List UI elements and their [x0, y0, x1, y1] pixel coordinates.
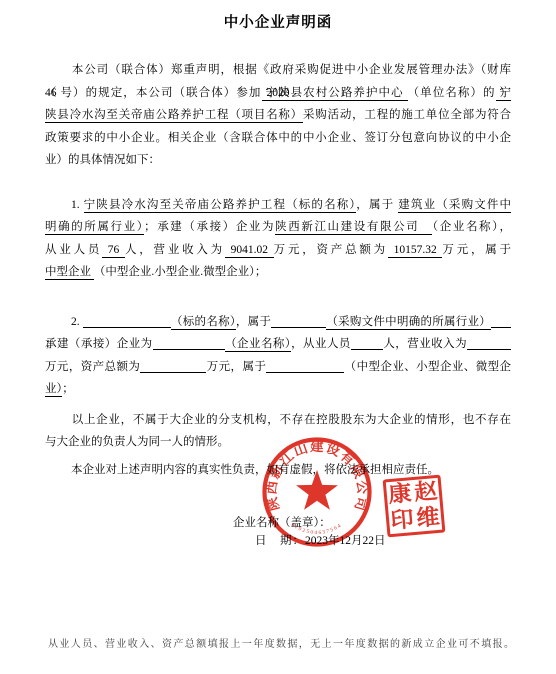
doc-line: 业）的具体情况如下： — [45, 149, 511, 172]
text-segment: （企业名称） — [225, 338, 291, 352]
text-segment: 中型企业 — [45, 266, 94, 280]
text-segment: 万元，属于 — [442, 244, 511, 256]
doc-line: 陕县冷水沟至关帝庙公路养护工程（项目名称）采购活动，工程的施工单位全部为符合 — [45, 104, 511, 127]
blank-field — [491, 315, 511, 328]
doc-line: 以上企业，不属于大企业的分支机构，不存在控股股东为大企业的情形，也不存在 — [45, 409, 511, 432]
text-segment: 46 号）的规定，本公司（联合体）参加 — [45, 87, 262, 99]
blank-field — [271, 315, 326, 328]
seal-char: 康 — [387, 482, 412, 506]
text-segment: 宁陕县农村公路养护中心 — [262, 87, 408, 101]
text-segment: 建筑业（采购文件中 — [398, 199, 511, 213]
text-segment: 陕西新江山建设有限公司 — [275, 221, 432, 235]
paragraph: 2. （标的名称），属于（采购文件中明确的所属行业）；承建（承接）企业为（企业名… — [45, 311, 511, 401]
seal-char: 印 — [390, 508, 415, 532]
document-body: 本公司（联合体）郑重声明，根据《政府采购促进中小企业发展管理办法》（财库（202… — [45, 59, 511, 481]
text-segment: ，属于 — [356, 199, 398, 211]
text-segment: 明确的所属行业） — [45, 221, 144, 235]
text-segment: 政策要求的中小企业。相关企业（含联合体中的中小企业、签订分包意向协议的中小企 — [45, 132, 511, 144]
blank-field — [140, 360, 206, 373]
seal-serial-number: 6102504637564 — [290, 522, 343, 536]
name-seal-stamp: 康 赵 印 维 — [383, 475, 446, 538]
blank-field — [467, 337, 511, 350]
text-segment: 业） — [45, 383, 62, 397]
doc-line: 业）； — [45, 378, 511, 401]
doc-line: 明确的所属行业）；承建（承接）企业为陕西新江山建设有限公司 （企业名称）， — [45, 216, 511, 239]
text-segment: 1. — [71, 199, 84, 211]
text-segment: 采购活动，工程的施工单位全部为符合 — [303, 109, 511, 121]
text-segment: 宁陕县冷水沟至关帝庙公路养护工程（标的名称） — [84, 199, 357, 213]
text-segment: 9041.02 — [225, 244, 274, 258]
text-segment: 人，营业收入为 — [383, 338, 467, 350]
text-segment: 从业人员 — [45, 244, 102, 256]
blank-field — [266, 360, 344, 373]
text-segment: 以上企业，不属于大企业的分支机构，不存在控股股东为大企业的情形，也不存在 — [71, 414, 511, 426]
text-segment: 10157.32 — [388, 244, 442, 258]
doc-line: 1. 宁陕县冷水沟至关帝庙公路养护工程（标的名称），属于 建筑业（采购文件中 — [45, 194, 511, 217]
paragraph: 本公司（联合体）郑重声明，根据《政府采购促进中小企业发展管理办法》（财库（202… — [45, 59, 511, 172]
doc-line: 2. （标的名称），属于（采购文件中明确的所属行业）； — [45, 311, 511, 334]
text-segment: （中型企业、小型企业、微型企 — [344, 361, 511, 373]
text-segment: 2. — [71, 316, 83, 328]
doc-line: 政策要求的中小企业。相关企业（含联合体中的中小企业、签订分包意向协议的中小企 — [45, 127, 511, 150]
text-segment: （采购文件中明确的所属行业） — [326, 316, 491, 330]
blank-field — [351, 337, 383, 350]
text-segment: 万元，属于 — [206, 361, 266, 373]
text-segment: （单位名称）的 — [408, 87, 496, 99]
doc-line: 承建（承接）企业为（企业名称），从业人员人，营业收入为 — [45, 333, 511, 356]
blank-field — [83, 315, 171, 328]
doc-line: 从业人员 76 人，营业收入为 9041.02 万元，资产总额为 10157.3… — [45, 239, 511, 262]
seal-char: 维 — [416, 506, 441, 530]
text-segment: 与大企业的负责人为同一人的情形。 — [45, 436, 229, 448]
doc-line: 46 号）的规定，本公司（联合体）参加 宁陕县农村公路养护中心 （单位名称）的 … — [45, 82, 511, 105]
star-icon — [296, 470, 338, 510]
doc-line: 中型企业 （中型企业.小型企业.微型企业）； — [45, 261, 511, 284]
footer-note: 从业人员、营业收入、资产总额填报上一年度数据，无上一年度数据的新成立企业可不填报… — [48, 638, 518, 652]
text-segment: 宁 — [496, 87, 511, 101]
paragraph: 1. 宁陕县冷水沟至关帝庙公路养护工程（标的名称），属于 建筑业（采购文件中明确… — [45, 194, 511, 284]
text-segment: 业）的具体情况如下： — [45, 154, 160, 166]
text-segment: ；承建（承接）企业为 — [144, 221, 275, 233]
company-seal-stamp: 陕西新江山建设有限公司 6102504637564 — [259, 434, 375, 550]
text-segment: （标的名称） — [171, 316, 236, 330]
text-segment: 本企业对上述声明内容的真实性负责，如有虚假，将依法承担相应责任。 — [71, 464, 439, 476]
text-segment: ，属于 — [236, 316, 271, 328]
doc-line: 万元，资产总额为万元，属于（中型企业、小型企业、微型企 — [45, 356, 511, 379]
text-segment: 陕县冷水沟至关帝庙公路养护工程（项目名称） — [45, 109, 303, 123]
text-segment: ，从业人员 — [291, 338, 351, 350]
text-segment: 76 — [102, 244, 125, 258]
declaration-document-page: 中小企业声明函 本公司（联合体）郑重声明，根据《政府采购促进中小企业发展管理办法… — [0, 0, 556, 674]
text-segment: （中型企业.小型企业.微型企业）； — [94, 266, 267, 278]
text-segment: ； — [62, 383, 74, 395]
page-title: 中小企业声明函 — [45, 13, 511, 33]
seal-char: 赵 — [413, 480, 438, 504]
text-segment: 万元，资产总额为 — [274, 244, 388, 256]
text-segment: 万元，资产总额为 — [45, 361, 140, 373]
text-segment: 人，营业收入为 — [125, 244, 225, 256]
doc-line: 本公司（联合体）郑重声明，根据《政府采购促进中小企业发展管理办法》（财库（202… — [45, 59, 511, 82]
text-segment: 承建（承接）企业为 — [45, 338, 153, 350]
blank-field — [153, 337, 225, 350]
text-segment: （企业名称）， — [432, 221, 511, 233]
